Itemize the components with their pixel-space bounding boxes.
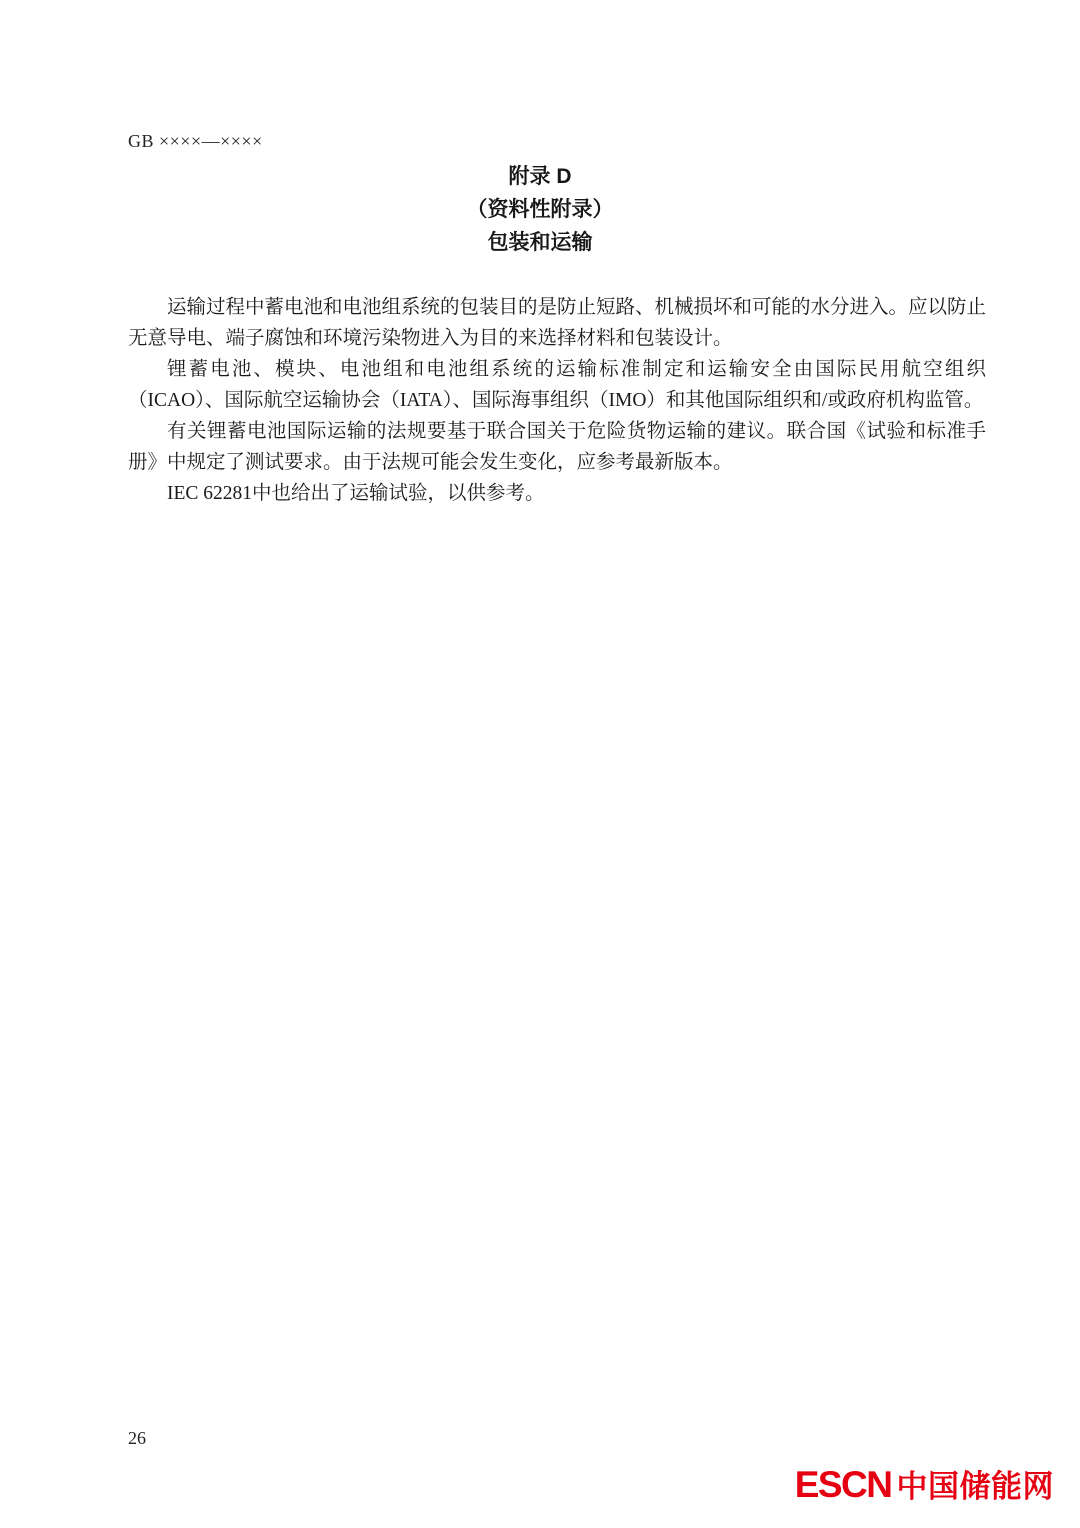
paragraph: 有关锂蓄电池国际运输的法规要基于联合国关于危险货物运输的建议。联合国《试验和标准…	[128, 416, 986, 478]
page-number: 26	[128, 1428, 146, 1449]
document-page: GB ××××—×××× 附录 D （资料性附录） 包装和运输 运输过程中蓄电池…	[0, 0, 1080, 1528]
body-text: 运输过程中蓄电池和电池组系统的包装目的是防止短路、机械损坏和可能的水分进入。应以…	[128, 292, 986, 509]
standard-number-header: GB ××××—××××	[128, 131, 263, 152]
paragraph: 锂蓄电池、模块、电池组和电池组系统的运输标准制定和运输安全由国际民用航空组织（I…	[128, 354, 986, 416]
appendix-heading-block: 附录 D （资料性附录） 包装和运输	[0, 160, 1080, 259]
appendix-title: 附录 D	[0, 160, 1080, 193]
appendix-heading: 包装和运输	[0, 226, 1080, 259]
logo-text-en: ESCN	[795, 1466, 892, 1503]
appendix-subtitle: （资料性附录）	[0, 193, 1080, 226]
paragraph: IEC 62281中也给出了运输试验，以供参考。	[128, 478, 986, 509]
logo-text-cn: 中国储能网	[897, 1471, 1055, 1502]
paragraph: 运输过程中蓄电池和电池组系统的包装目的是防止短路、机械损坏和可能的水分进入。应以…	[128, 292, 986, 354]
escn-watermark-logo: ESCN 中国储能网	[795, 1466, 1054, 1503]
